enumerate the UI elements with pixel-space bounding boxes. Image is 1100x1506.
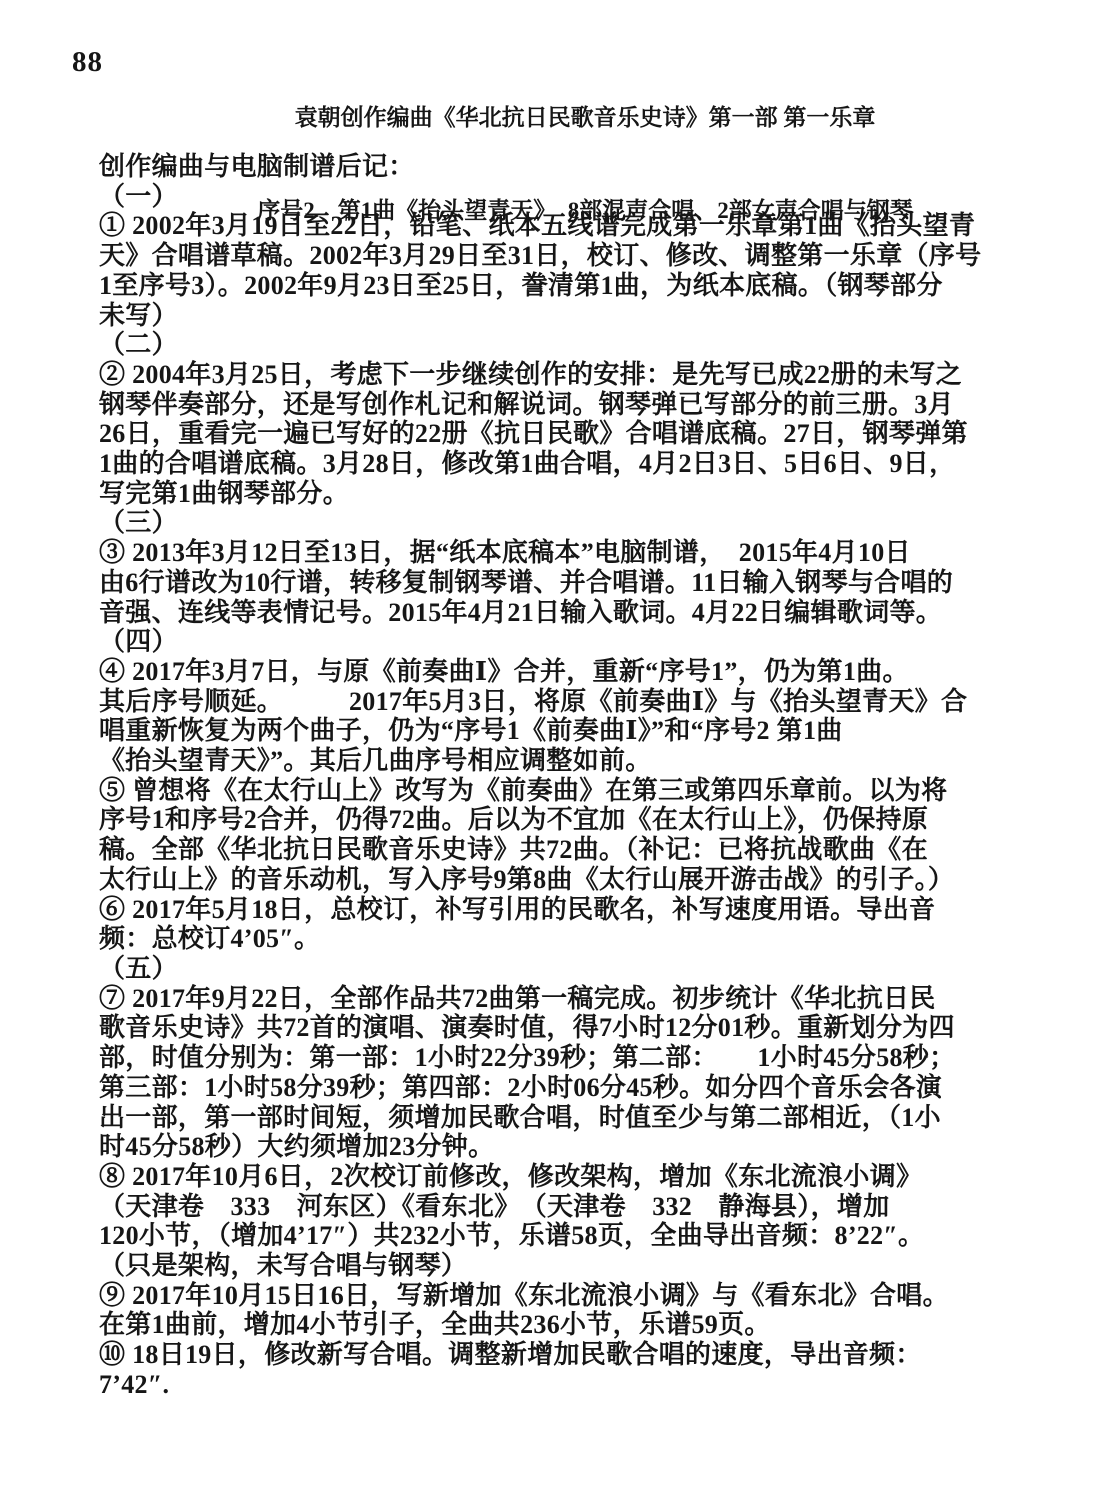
text-line: 写完第1曲钢琴部分。 [99, 479, 1044, 509]
text-line: ③ 2013年3月12日至13日，据“纸本底稿本”电脑制谱， 2015年4月10… [99, 538, 1044, 568]
text-line: （只是架构，未写合唱与钢琴） [99, 1251, 1044, 1281]
text-line: （二） [99, 330, 1044, 360]
text-line: 1至序号3）。2002年9月23日至25日，誊清第1曲，为纸本底稿。（钢琴部分 [99, 271, 1044, 301]
document-page: 88 袁朝创作编曲《华北抗日民歌音乐史诗》第一部 第一乐章 序号2 第1曲《抬头… [0, 0, 1100, 1506]
text-line: ② 2004年3月25日，考虑下一步继续创作的安排：是先写已成22册的未写之 [99, 360, 1044, 390]
text-line: ⑧ 2017年10月6日，2次校订前修改，修改架构，增加《东北流浪小调》 [99, 1162, 1044, 1192]
text-line: （三） [99, 508, 1044, 538]
text-line: 太行山上》的音乐动机，写入序号9第8曲《太行山展开游击战》的引子。） [99, 865, 1044, 895]
text-line: （一） [99, 182, 1044, 212]
text-line: ④ 2017年3月7日，与原《前奏曲Ⅰ》合并，重新“序号1”，仍为第1曲。 [99, 657, 1044, 687]
text-line: 频：总校订4’05″。 [99, 924, 1044, 954]
text-line: 在第1曲前，增加4小节引子，全曲共236小节，乐谱59页。 [99, 1310, 1044, 1340]
text-line: （五） [99, 954, 1044, 984]
text-line: 26日，重看完一遍已写好的22册《抗日民歌》合唱谱底稿。27日，钢琴弹第 [99, 419, 1044, 449]
text-line: （四） [99, 627, 1044, 657]
text-line: 出一部，第一部时间短，须增加民歌合唱，时值至少与第二部相近，（1小 [99, 1103, 1044, 1133]
text-line: ⑤ 曾想将《在太行山上》改写为《前奏曲》在第三或第四乐章前。以为将 [99, 776, 1044, 806]
text-line: 时45分58秒）大约须增加23分钟。 [99, 1132, 1044, 1162]
text-line: 创作编曲与电脑制谱后记： [99, 152, 1044, 182]
text-line: 其后序号顺延。 2017年5月3日，将原《前奏曲Ⅰ》与《抬头望青天》合 [99, 687, 1044, 717]
text-line: 由6行谱改为10行谱，转移复制钢琴谱、并合唱谱。11日输入钢琴与合唱的 [99, 568, 1044, 598]
text-line: 1曲的合唱谱底稿。3月28日，修改第1曲合唱，4月2日3日、5日6日、9日， [99, 449, 1044, 479]
text-line: 唱重新恢复为两个曲子，仍为“序号1《前奏曲Ⅰ》”和“序号2 第1曲 [99, 716, 1044, 746]
text-line: 部，时值分别为：第一部：1小时22分39秒；第二部： 1小时45分58秒； [99, 1043, 1044, 1073]
text-line: 钢琴伴奏部分，还是写创作札记和解说词。钢琴弹已写部分的前三册。3月 [99, 390, 1044, 420]
text-line: ⑥ 2017年5月18日，总校订，补写引用的民歌名，补写速度用语。导出音 [99, 895, 1044, 925]
text-line: 7’42″. [99, 1370, 1044, 1400]
text-line: 歌音乐史诗》共72首的演唱、演奏时值，得7小时12分01秒。重新划分为四 [99, 1013, 1044, 1043]
text-line: 120小节，（增加4’17″）共232小节，乐谱58页，全曲导出音频：8’22″… [99, 1221, 1044, 1251]
text-line: 未写） [99, 301, 1044, 331]
text-line: ⑩ 18日19日，修改新写合唱。调整新增加民歌合唱的速度，导出音频： [99, 1340, 1044, 1370]
header-line-1: 袁朝创作编曲《华北抗日民歌音乐史诗》第一部 第一乐章 [90, 102, 1080, 133]
text-line: 序号1和序号2合并，仍得72曲。后以为不宜加《在太行山上》，仍保持原 [99, 805, 1044, 835]
text-line: 音强、连线等表情记号。2015年4月21日输入歌词。4月22日编辑歌词等。 [99, 598, 1044, 628]
document-body: 创作编曲与电脑制谱后记： （一） ① 2002年3月19日至22日，铅笔、纸本五… [99, 152, 1044, 1400]
text-line: ① 2002年3月19日至22日，铅笔、纸本五线谱完成第一乐章第1曲《抬头望青 [99, 211, 1044, 241]
text-line: （天津卷 333 河东区）《看东北》 （天津卷 332 静海县），增加 [99, 1192, 1044, 1222]
text-line: ⑨ 2017年10月15日16日，写新增加《东北流浪小调》与《看东北》合唱。 [99, 1281, 1044, 1311]
text-line: 稿。全部《华北抗日民歌音乐史诗》共72曲。（补记：已将抗战歌曲《在 [99, 835, 1044, 865]
text-line: ⑦ 2017年9月22日，全部作品共72曲第一稿完成。初步统计《华北抗日民 [99, 984, 1044, 1014]
text-line: 第三部：1小时58分39秒；第四部：2小时06分45秒。如分四个音乐会各演 [99, 1073, 1044, 1103]
text-line: 《抬头望青天》”。其后几曲序号相应调整如前。 [99, 746, 1044, 776]
text-line: 天》合唱谱草稿。2002年3月29日至31日，校订、修改、调整第一乐章（序号 [99, 241, 1044, 271]
